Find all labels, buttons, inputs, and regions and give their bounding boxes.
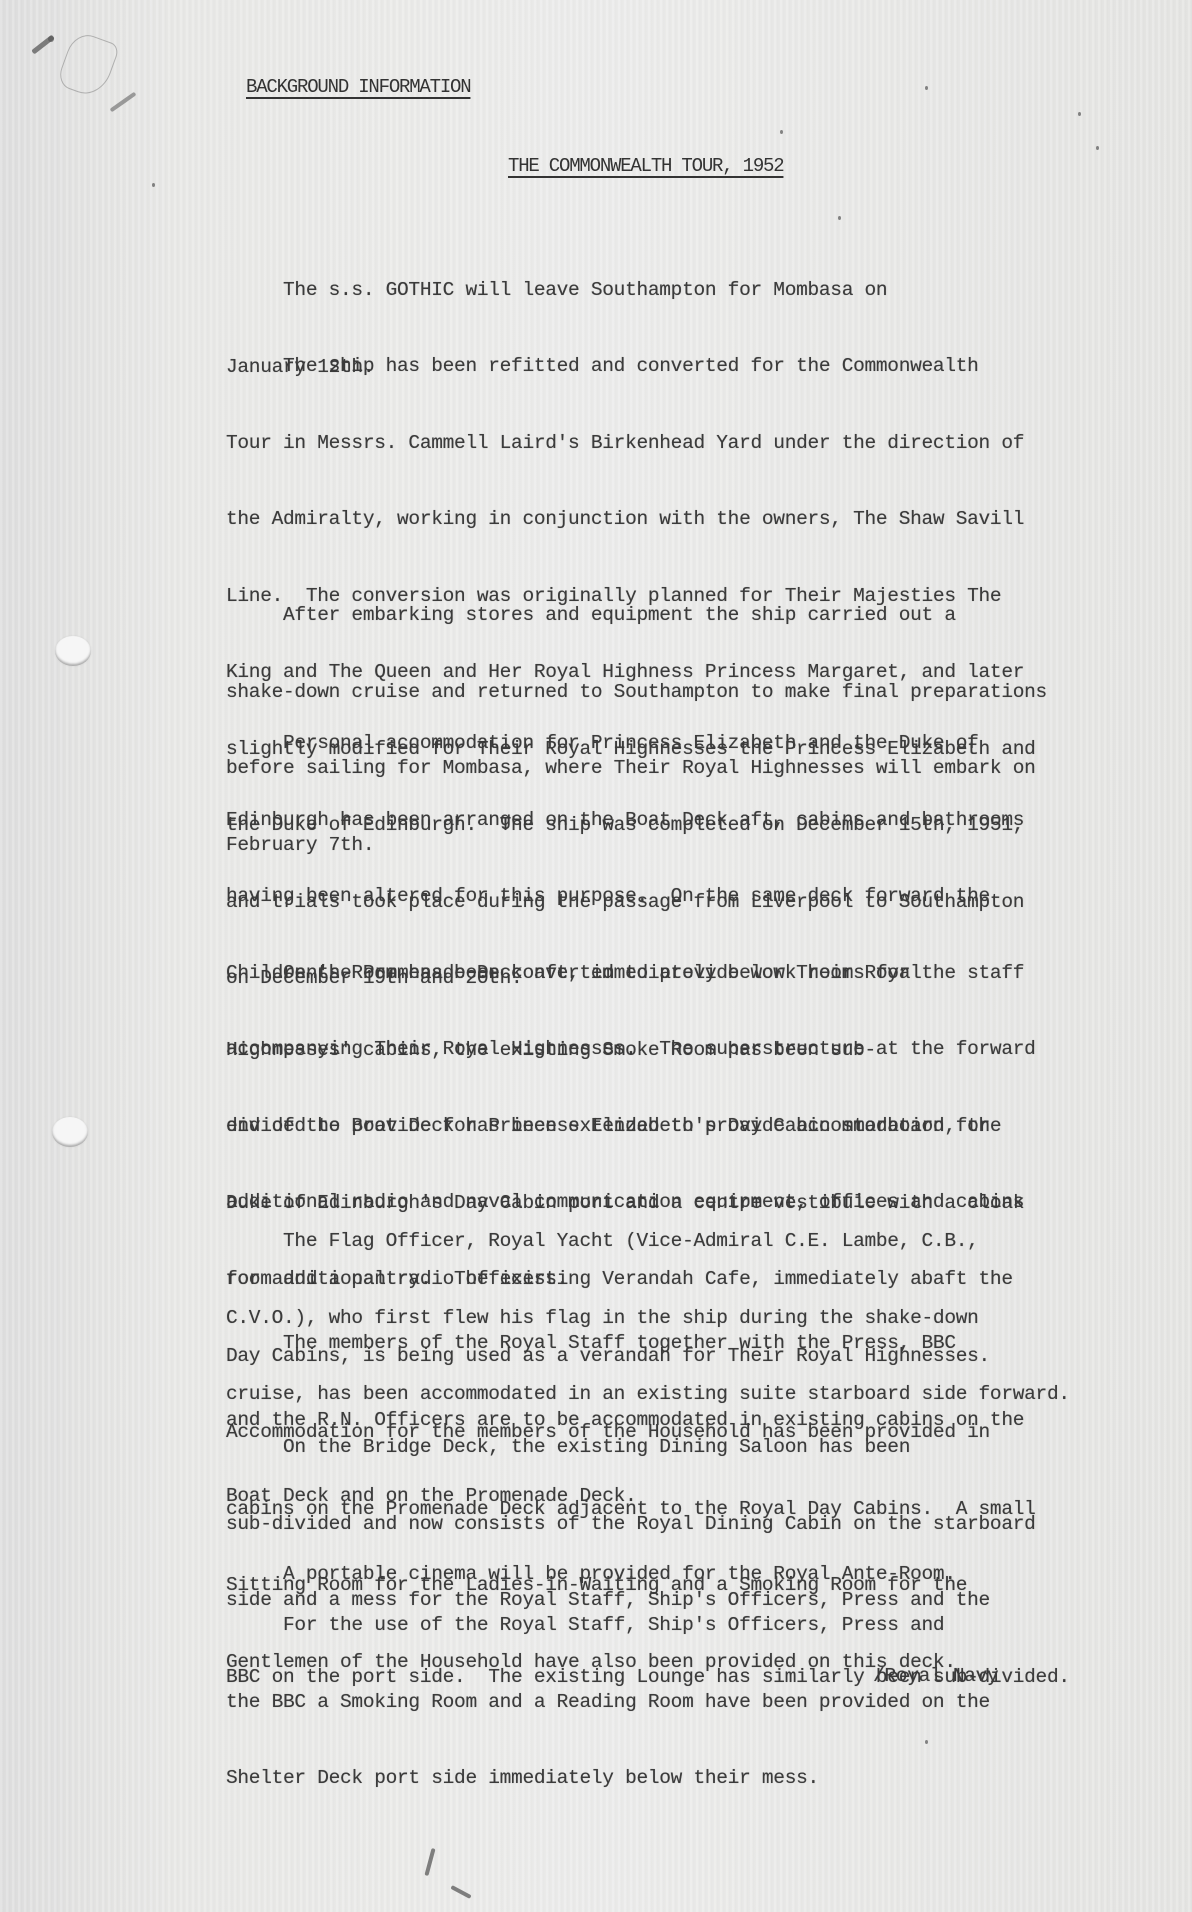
pencil-mark — [424, 1848, 435, 1876]
paper-tear — [56, 30, 121, 101]
punch-hole — [52, 1117, 88, 1147]
text-line: Edinburgh has been arranged on the Boat … — [226, 808, 1146, 834]
speck — [152, 183, 155, 187]
text-line: On the Bridge Deck, the existing Dining … — [226, 1435, 1146, 1461]
text-line: the BBC a Smoking Room and a Reading Roo… — [226, 1690, 1146, 1716]
text-line: After embarking stores and equipment the… — [226, 603, 1146, 629]
pencil-mark — [450, 1885, 471, 1899]
text-line: The members of the Royal Staff together … — [226, 1331, 1146, 1357]
speck — [780, 130, 783, 134]
text-line: Personal accommodation for Princess Eliz… — [226, 731, 1146, 757]
signature: /Royal Navy — [873, 1664, 998, 1690]
punch-hole — [55, 636, 91, 666]
text-line: On the Promenade Deck aft, immediately b… — [226, 961, 1146, 987]
text-line: The s.s. GOTHIC will leave Southampton f… — [226, 278, 1146, 304]
speck — [838, 216, 841, 220]
text-line: having been altered for this purpose. On… — [226, 884, 1146, 910]
text-line: divided to provide for Princess Elizabet… — [226, 1114, 1146, 1140]
speck — [925, 86, 928, 90]
staple-mark — [48, 36, 54, 42]
text-line: Tour in Messrs. Cammell Laird's Birkenhe… — [226, 431, 1146, 457]
text-line: Highnesses' cabins, the existing Smoke R… — [226, 1038, 1146, 1064]
document-title: THE COMMONWEALTH TOUR, 1952 — [508, 155, 783, 177]
text-line: The ship has been refitted and converted… — [226, 354, 1146, 380]
speck — [1096, 146, 1099, 150]
text-line: The Flag Officer, Royal Yacht (Vice-Admi… — [226, 1229, 1146, 1255]
staple-mark — [110, 92, 137, 112]
text-line: Shelter Deck port side immediately below… — [226, 1766, 1146, 1792]
text-line: the Admiralty, working in conjunction wi… — [226, 507, 1146, 533]
paragraph-shelter-deck: For the use of the Royal Staff, Ship's O… — [226, 1562, 1146, 1843]
document-page: BACKGROUND INFORMATION THE COMMONWEALTH … — [0, 0, 1192, 1912]
header-label: BACKGROUND INFORMATION — [246, 76, 470, 98]
speck — [1078, 112, 1081, 116]
text-line: For the use of the Royal Staff, Ship's O… — [226, 1613, 1146, 1639]
